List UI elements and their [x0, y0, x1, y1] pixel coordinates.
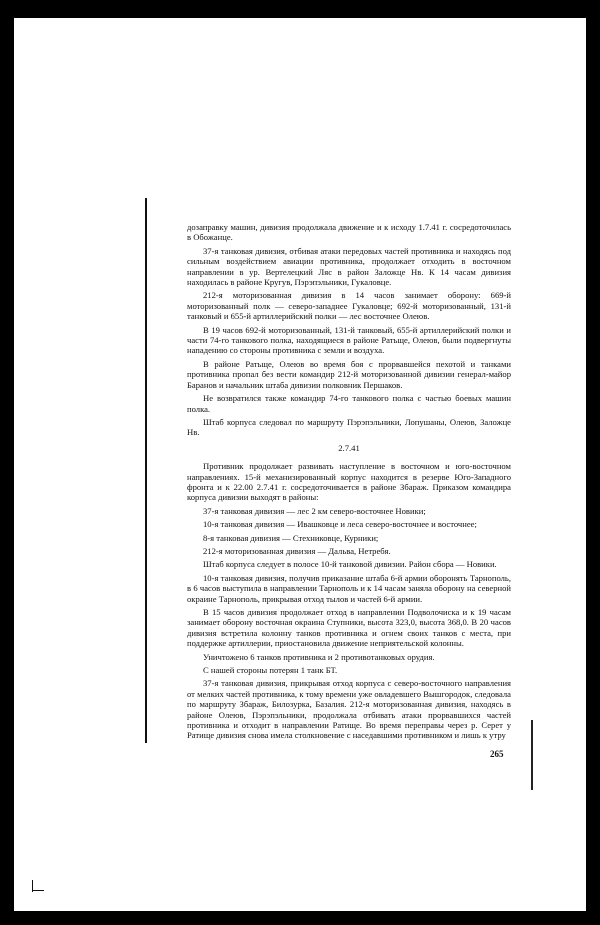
paragraph: 10-я танковая дивизия, получив приказани…	[187, 573, 511, 604]
paragraph: В 19 часов 692-й моторизованный, 131-й т…	[187, 325, 511, 356]
paragraph: 212-я моторизованная дивизия в 14 часов …	[187, 290, 511, 321]
binding-edge-line	[145, 198, 147, 743]
scan-artifact-line	[531, 720, 533, 790]
paragraph: 37-я танковая дивизия, отбивая атаки пер…	[187, 246, 511, 288]
paragraph: В районе Ратьще, Олеюв во время боя с пр…	[187, 359, 511, 390]
crop-mark	[32, 890, 44, 891]
document-body: дозаправку машин, дивизия продолжала дви…	[187, 222, 511, 744]
paragraph: Штаб корпуса следовал по маршруту Пэрэпэ…	[187, 417, 511, 438]
paragraph: дозаправку машин, дивизия продолжала дви…	[187, 222, 511, 243]
paragraph: 212-я моторизованная дивизия — Дальва, Н…	[187, 546, 511, 556]
section-after-date: Противник продолжает развивать наступлен…	[187, 461, 511, 741]
paragraph: 37-я танковая дивизия, прикрывая отход к…	[187, 678, 511, 740]
paragraph: 10-я танковая дивизия — Ивашковце и леса…	[187, 519, 511, 529]
paragraph: С нашей стороны потерян 1 танк БТ.	[187, 665, 511, 675]
section-before-date: дозаправку машин, дивизия продолжала дви…	[187, 222, 511, 438]
paragraph: Противник продолжает развивать наступлен…	[187, 461, 511, 503]
crop-mark	[32, 880, 33, 892]
paragraph: 8-я танковая дивизия — Стехниковце, Курн…	[187, 533, 511, 543]
paragraph: 37-я танковая дивизия — лес 2 км северо-…	[187, 506, 511, 516]
paragraph: В 15 часов дивизия продолжает отход в на…	[187, 607, 511, 649]
paragraph: Уничтожено 6 танков противника и 2 проти…	[187, 652, 511, 662]
date-heading: 2.7.41	[187, 443, 511, 453]
paragraph: Штаб корпуса следует в полосе 10-й танко…	[187, 559, 511, 569]
paragraph: Не возвратился также командир 74-го танк…	[187, 393, 511, 414]
page-number: 265	[490, 749, 504, 759]
